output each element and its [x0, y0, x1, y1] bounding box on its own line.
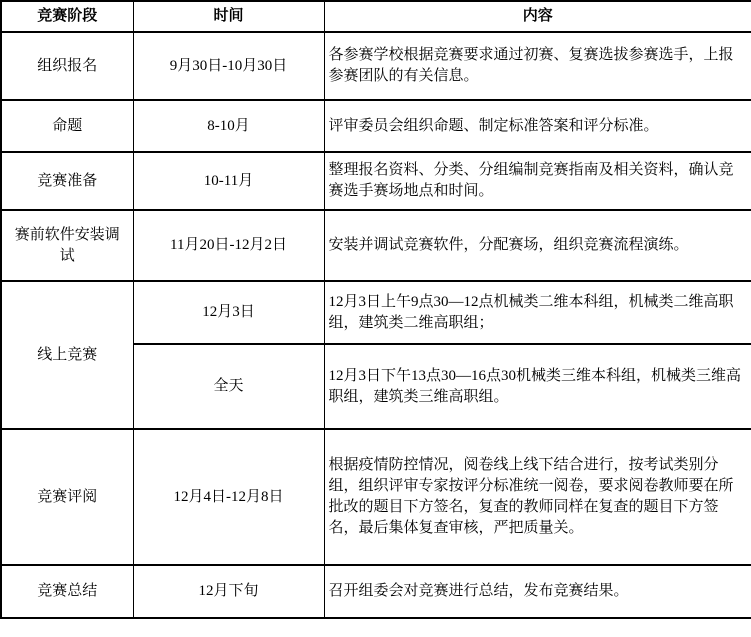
cell-content: 评审委员会组织命题、制定标准答案和评分标准。: [324, 100, 751, 152]
cell-content: 根据疫情防控情况，阅卷线上线下结合进行，按考试类别分组，组织评审专家按评分标准统…: [324, 429, 751, 565]
cell-time: 12月3日: [133, 281, 324, 344]
cell-time: 9月30日-10月30日: [133, 32, 324, 100]
table-row: 竞赛准备 10-11月 整理报名资料、分类、分组编制竞赛指南及相关资料，确认竞赛…: [1, 152, 751, 210]
table-header-row: 竞赛阶段 时间 内容: [1, 1, 751, 32]
cell-time: 12月4日-12月8日: [133, 429, 324, 565]
cell-stage-merged: 线上竞赛: [1, 281, 133, 429]
table-row: 赛前软件安装调试 11月20日-12月2日 安装并调试竞赛软件，分配赛场，组织竞…: [1, 210, 751, 281]
cell-time: 11月20日-12月2日: [133, 210, 324, 281]
cell-content: 12月3日上午9点30—12点机械类二维本科组，机械类二维高职组，建筑类二维高职…: [324, 281, 751, 344]
cell-content: 召开组委会对竞赛进行总结，发布竞赛结果。: [324, 565, 751, 618]
cell-time: 8-10月: [133, 100, 324, 152]
cell-content: 12月3日下午13点30—16点30机械类三维本科组，机械类三维高职组，建筑类三…: [324, 344, 751, 429]
header-stage: 竞赛阶段: [1, 1, 133, 32]
cell-content: 整理报名资料、分类、分组编制竞赛指南及相关资料，确认竞赛选手赛场地点和时间。: [324, 152, 751, 210]
cell-stage: 竞赛准备: [1, 152, 133, 210]
table-row: 命题 8-10月 评审委员会组织命题、制定标准答案和评分标准。: [1, 100, 751, 152]
cell-time: 12月下旬: [133, 565, 324, 618]
cell-stage: 竞赛总结: [1, 565, 133, 618]
table-row: 竞赛总结 12月下旬 召开组委会对竞赛进行总结，发布竞赛结果。: [1, 565, 751, 618]
cell-content: 安装并调试竞赛软件，分配赛场，组织竞赛流程演练。: [324, 210, 751, 281]
table-row: 组织报名 9月30日-10月30日 各参赛学校根据竞赛要求通过初赛、复赛选拔参赛…: [1, 32, 751, 100]
table-row: 竞赛评阅 12月4日-12月8日 根据疫情防控情况，阅卷线上线下结合进行，按考试…: [1, 429, 751, 565]
cell-stage: 赛前软件安装调试: [1, 210, 133, 281]
competition-schedule-table: 竞赛阶段 时间 内容 组织报名 9月30日-10月30日 各参赛学校根据竞赛要求…: [0, 0, 751, 619]
cell-time: 10-11月: [133, 152, 324, 210]
cell-stage: 竞赛评阅: [1, 429, 133, 565]
cell-time: 全天: [133, 344, 324, 429]
cell-content: 各参赛学校根据竞赛要求通过初赛、复赛选拔参赛选手，上报参赛团队的有关信息。: [324, 32, 751, 100]
cell-stage: 命题: [1, 100, 133, 152]
header-time: 时间: [133, 1, 324, 32]
table-row: 线上竞赛 12月3日 12月3日上午9点30—12点机械类二维本科组，机械类二维…: [1, 281, 751, 344]
header-content: 内容: [324, 1, 751, 32]
cell-stage: 组织报名: [1, 32, 133, 100]
